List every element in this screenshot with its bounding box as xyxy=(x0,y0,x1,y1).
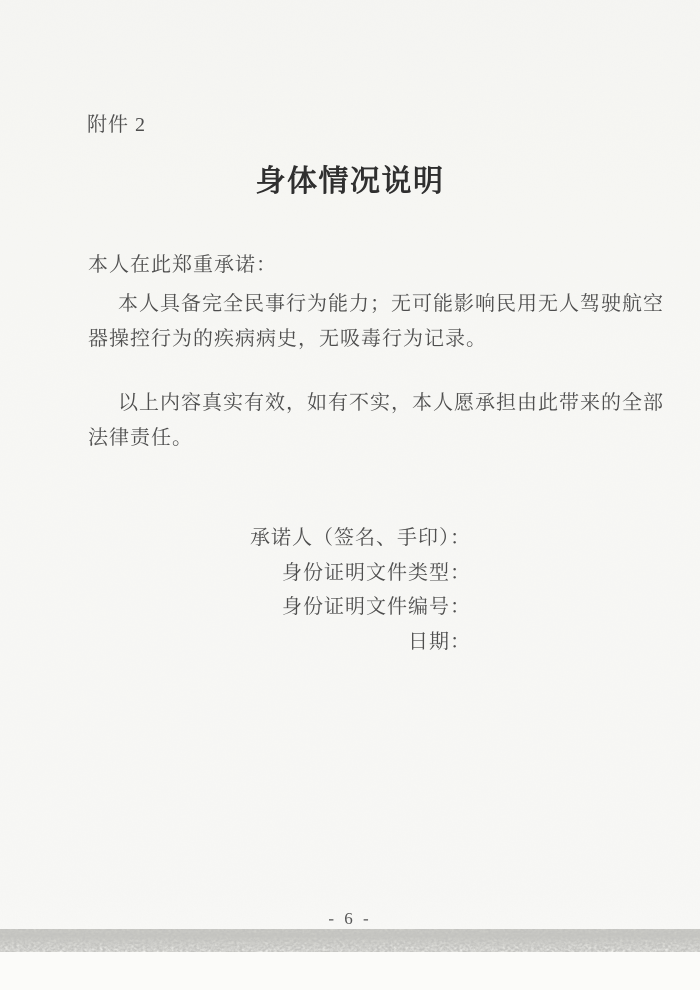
paragraph-line: 法律责任。 xyxy=(88,421,664,456)
document-page: 附件 2 身体情况说明 本人在此郑重承诺： 本人具备完全民事行为能力；无可能影响… xyxy=(0,0,700,990)
document-title: 身体情况说明 xyxy=(0,163,700,201)
date-line: 日期： xyxy=(250,625,471,660)
id-number-line: 身份证明文件编号： xyxy=(250,590,471,625)
scanner-bed-strip xyxy=(0,952,700,990)
paragraph-line: 本人具备完全民事行为能力；无可能影响民用无人驾驶航空 xyxy=(88,287,664,322)
page-number: - 6 - xyxy=(0,908,700,930)
commitment-paragraph: 本人具备完全民事行为能力；无可能影响民用无人驾驶航空 器操控行为的疾病病史，无吸… xyxy=(88,287,664,357)
paper-grain-texture xyxy=(0,0,700,990)
scan-edge-texture xyxy=(0,929,700,952)
promisor-signature-line: 承诺人（签名、手印）： xyxy=(250,521,471,556)
signature-block: 承诺人（签名、手印）： 身份证明文件类型： 身份证明文件编号： 日期： xyxy=(250,521,471,659)
legal-paragraph: 以上内容真实有效，如有不实，本人愿承担由此带来的全部 法律责任。 xyxy=(88,386,664,456)
paragraph-line: 器操控行为的疾病病史，无吸毒行为记录。 xyxy=(88,322,664,357)
commitment-intro-line: 本人在此郑重承诺： xyxy=(88,248,277,283)
paragraph-line: 以上内容真实有效，如有不实，本人愿承担由此带来的全部 xyxy=(88,386,664,421)
id-type-line: 身份证明文件类型： xyxy=(250,556,471,591)
attachment-label: 附件 2 xyxy=(87,112,146,138)
